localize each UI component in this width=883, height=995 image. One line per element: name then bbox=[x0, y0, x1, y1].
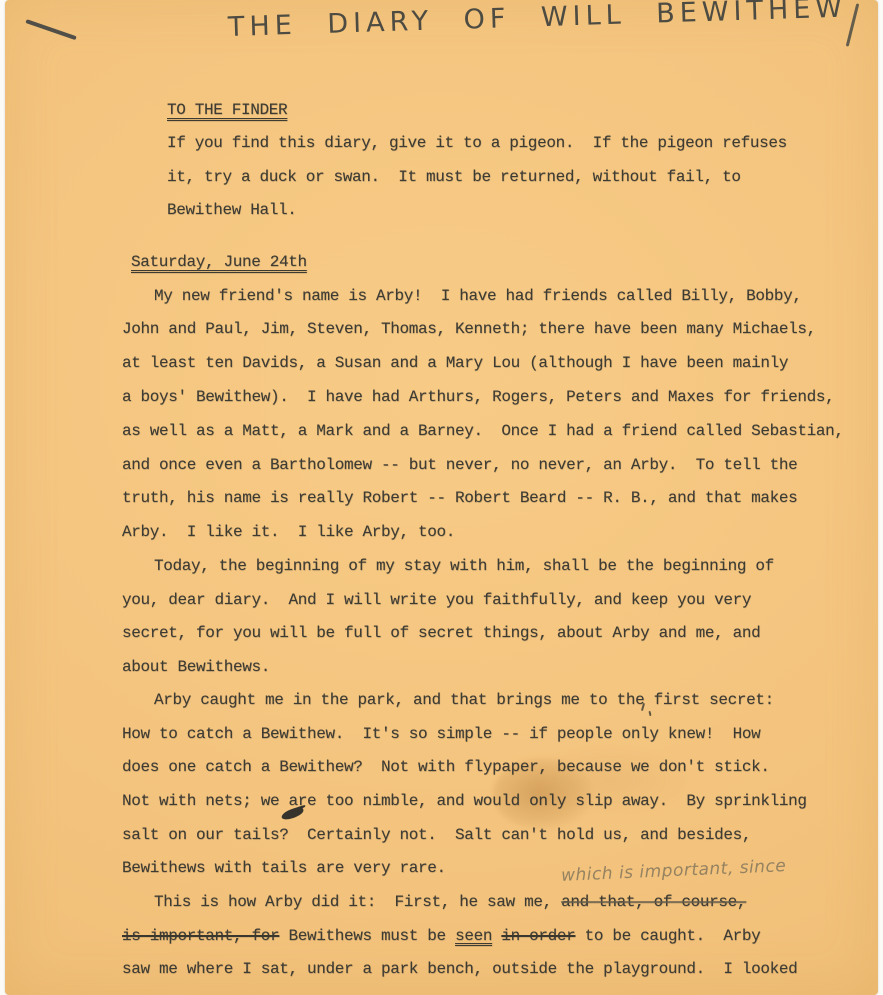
line-text: My new friend's name is Arby! I have had… bbox=[154, 287, 802, 305]
typed-line: How to catch a Bewithew. It's so simple … bbox=[122, 724, 760, 745]
heading-text: Saturday, June 24th bbox=[131, 253, 307, 271]
paper-sheet: THE DIARY OF WILL BEWITHEW TO THE FINDER… bbox=[5, 0, 878, 995]
typed-line: Not with nets; we are too nimble, and wo… bbox=[122, 791, 807, 812]
typed-line: Arby. I like it. I like Arby, too. bbox=[122, 522, 455, 543]
double-underlined-text: seen bbox=[455, 927, 492, 945]
typed-line: you, dear diary. And I will write you fa… bbox=[122, 590, 751, 611]
title-flourish-stroke bbox=[846, 3, 860, 46]
line-text: as well as a Matt, a Mark and a Barney. … bbox=[122, 422, 844, 440]
typed-line: saw me where I sat, under a park bench, … bbox=[122, 959, 797, 980]
typed-line: secret, for you will be full of secret t… bbox=[122, 623, 760, 644]
typed-line: My new friend's name is Arby! I have had… bbox=[154, 286, 802, 307]
line-text: Today, the beginning of my stay with him… bbox=[154, 557, 774, 575]
line-text: If you find this diary, give it to a pig… bbox=[167, 134, 787, 152]
typed-line: If you find this diary, give it to a pig… bbox=[167, 133, 787, 154]
typed-line-edited: This is how Arby did it: First, he saw m… bbox=[154, 892, 746, 913]
line-text: Bewithews with tails are very rare. bbox=[122, 859, 446, 877]
line-text: This is how Arby did it: First, he saw m… bbox=[154, 893, 561, 911]
line-text: a boys' Bewithew). I have had Arthurs, R… bbox=[122, 388, 834, 406]
line-text: Bewithews must be bbox=[279, 927, 455, 945]
line-text: saw me where I sat, under a park bench, … bbox=[122, 960, 797, 978]
typed-line: Arby caught me in the park, and that bri… bbox=[154, 690, 774, 711]
line-text: to be caught. Arby bbox=[575, 927, 760, 945]
line-text: Arby caught me in the park, and that bri… bbox=[154, 691, 774, 709]
line-text: John and Paul, Jim, Steven, Thomas, Kenn… bbox=[122, 320, 816, 338]
typed-line: Bewithew Hall. bbox=[167, 200, 297, 221]
line-text: at least ten Davids, a Susan and a Mary … bbox=[122, 354, 788, 372]
typed-line: truth, his name is really Robert -- Robe… bbox=[122, 488, 797, 509]
typed-line: about Bewithews. bbox=[122, 657, 270, 678]
scanned-diary-page: THE DIARY OF WILL BEWITHEW TO THE FINDER… bbox=[0, 0, 883, 995]
line-text: about Bewithews. bbox=[122, 658, 270, 676]
line-text: Arby. I like it. I like Arby, too. bbox=[122, 523, 455, 541]
typed-line: does one catch a Bewithew? Not with flyp… bbox=[122, 757, 770, 778]
typed-line: Bewithews with tails are very rare. bbox=[122, 858, 446, 879]
line-text: you, dear diary. And I will write you fa… bbox=[122, 591, 751, 609]
typed-line: Today, the beginning of my stay with him… bbox=[154, 556, 774, 577]
pencil-struck-text: and that, of course, bbox=[561, 893, 746, 911]
typed-line: John and Paul, Jim, Steven, Thomas, Kenn… bbox=[122, 319, 816, 340]
line-text: How to catch a Bewithew. It's so simple … bbox=[122, 725, 760, 743]
line-text: it, try a duck or swan. It must be retur… bbox=[167, 168, 741, 186]
handwritten-annotation: which is important, since bbox=[561, 856, 787, 886]
typed-line: at least ten Davids, a Susan and a Mary … bbox=[122, 353, 788, 374]
line-text: secret, for you will be full of secret t… bbox=[122, 624, 760, 642]
typed-line: as well as a Matt, a Mark and a Barney. … bbox=[122, 421, 844, 442]
line-text: does one catch a Bewithew? Not with flyp… bbox=[122, 758, 770, 776]
typed-line: a boys' Bewithew). I have had Arthurs, R… bbox=[122, 387, 834, 408]
typed-line: it, try a duck or swan. It must be retur… bbox=[167, 167, 741, 188]
line-text: Bewithew Hall. bbox=[167, 201, 297, 219]
ink-struck-text: in order bbox=[501, 927, 575, 945]
heading-text: TO THE FINDER bbox=[167, 101, 287, 119]
handwritten-title: THE DIARY OF WILL BEWITHEW bbox=[228, 0, 848, 43]
typed-line: and once even a Bartholomew -- but never… bbox=[122, 455, 797, 476]
line-text: Not with nets; we are too nimble, and wo… bbox=[122, 792, 807, 810]
typed-line: salt on our tails? Certainly not. Salt c… bbox=[122, 825, 751, 846]
pencil-tick-mark bbox=[649, 711, 652, 716]
line-text bbox=[492, 927, 501, 945]
finder-heading: TO THE FINDER bbox=[167, 100, 287, 121]
line-text: truth, his name is really Robert -- Robe… bbox=[122, 489, 797, 507]
ink-struck-text: is important, for bbox=[122, 927, 279, 945]
date-heading: Saturday, June 24th bbox=[131, 252, 307, 273]
line-text: salt on our tails? Certainly not. Salt c… bbox=[122, 826, 751, 844]
line-text: and once even a Bartholomew -- but never… bbox=[122, 456, 797, 474]
pencil-dash-mark bbox=[25, 19, 76, 40]
typed-line-edited: is important, for Bewithews must be seen… bbox=[122, 926, 760, 947]
